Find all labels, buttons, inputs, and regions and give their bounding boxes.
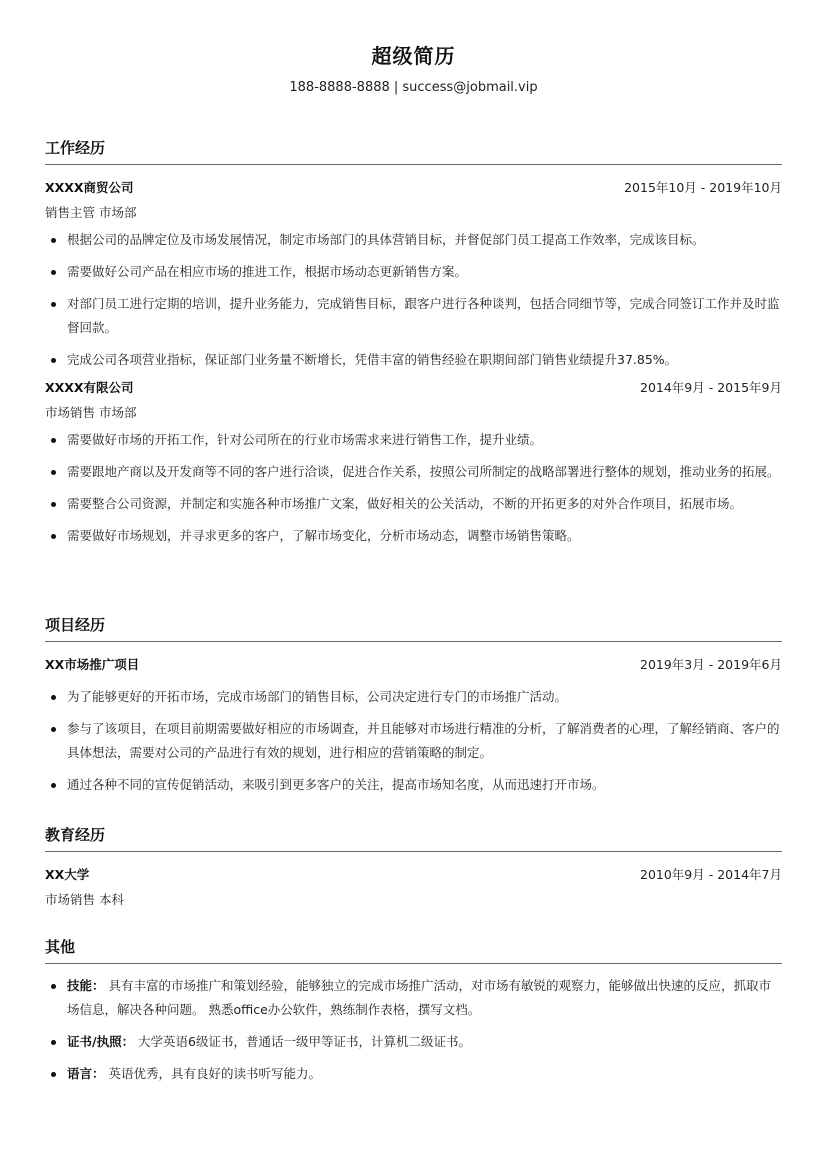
company-name: XXXX有限公司 [45, 378, 134, 396]
item-label: 语言： [67, 1066, 105, 1081]
item-text: 具有丰富的市场推广和策划经验，能够独立的完成市场推广活动，对市场有敏锐的观察力，… [67, 978, 771, 1017]
section-education: 教育经历 XX大学 2010年9月 - 2014年7月 市场销售 本科 [45, 824, 782, 911]
job-role: 市场销售 市场部 [45, 402, 782, 424]
list-item: 通过各种不同的宣传促销活动，来吸引到更多客户的关注，提高市场知名度，从而迅速打开… [45, 773, 782, 797]
section-title: 其他 [45, 936, 782, 964]
date-range: 2014年9月 - 2015年9月 [640, 378, 782, 396]
section-other: 其他 技能： 具有丰富的市场推广和策划经验，能够独立的完成市场推广活动，对市场有… [45, 936, 782, 1094]
date-range: 2019年3月 - 2019年6月 [640, 655, 782, 673]
section-title: 项目经历 [45, 614, 782, 642]
item-text: 英语优秀，具有良好的读书听写能力。 [105, 1066, 321, 1081]
languages-item: 语言： 英语优秀，具有良好的读书听写能力。 [45, 1062, 782, 1086]
list-item: 完成公司各项营业指标，保证部门业务量不断增长，凭借丰富的销售经验在职期间部门销售… [45, 348, 782, 372]
project-entry: XX市场推广项目 2019年3月 - 2019年6月 为了能够更好的开拓市场，完… [45, 653, 782, 797]
bullet-list: 需要做好市场的开拓工作，针对公司所在的行业市场需求来进行销售工作，提升业绩。 需… [45, 428, 782, 548]
resume-header: 超级简历 188-8888-8888 | success@jobmail.vip [45, 0, 782, 97]
work-entry: XXXX有限公司 2014年9月 - 2015年9月 市场销售 市场部 需要做好… [45, 376, 782, 548]
item-label: 证书/执照： [67, 1034, 134, 1049]
section-projects: 项目经历 XX市场推广项目 2019年3月 - 2019年6月 为了能够更好的开… [45, 614, 782, 805]
item-text: 大学英语6级证书，普通话一级甲等证书，计算机二级证书。 [134, 1034, 471, 1049]
resume-page: 超级简历 188-8888-8888 | success@jobmail.vip… [45, 0, 782, 97]
bullet-list: 根据公司的品牌定位及市场发展情况，制定市场部门的具体营销目标，并督促部门员工提高… [45, 228, 782, 372]
list-item: 需要跟地产商以及开发商等不同的客户进行洽谈，促进合作关系，按照公司所制定的战略部… [45, 460, 782, 484]
list-item: 需要整合公司资源，并制定和实施各种市场推广文案，做好相关的公关活动，不断的开拓更… [45, 492, 782, 516]
item-label: 技能： [67, 978, 105, 993]
resume-name: 超级简历 [45, 42, 782, 70]
list-item: 需要做好市场规划，并寻求更多的客户，了解市场变化，分析市场动态，调整市场销售策略… [45, 524, 782, 548]
list-item: 需要做好公司产品在相应市场的推进工作，根据市场动态更新销售方案。 [45, 260, 782, 284]
list-item: 根据公司的品牌定位及市场发展情况，制定市场部门的具体营销目标，并督促部门员工提高… [45, 228, 782, 252]
company-name: XXXX商贸公司 [45, 178, 134, 196]
section-title: 教育经历 [45, 824, 782, 852]
job-role: 销售主管 市场部 [45, 202, 782, 224]
date-range: 2010年9月 - 2014年7月 [640, 865, 782, 883]
work-entry: XXXX商贸公司 2015年10月 - 2019年10月 销售主管 市场部 根据… [45, 176, 782, 372]
contact-info: 188-8888-8888 | success@jobmail.vip [45, 79, 782, 97]
school-name: XX大学 [45, 865, 89, 883]
date-range: 2015年10月 - 2019年10月 [624, 178, 782, 196]
list-item: 参与了该项目，在项目前期需要做好相应的市场调查，并且能够对市场进行精准的分析，了… [45, 717, 782, 765]
list-item: 需要做好市场的开拓工作，针对公司所在的行业市场需求来进行销售工作，提升业绩。 [45, 428, 782, 452]
list-item: 为了能够更好的开拓市场，完成市场部门的销售目标，公司决定进行专门的市场推广活动。 [45, 685, 782, 709]
bullet-list: 技能： 具有丰富的市场推广和策划经验，能够独立的完成市场推广活动，对市场有敏锐的… [45, 974, 782, 1086]
certificates-item: 证书/执照： 大学英语6级证书，普通话一级甲等证书，计算机二级证书。 [45, 1030, 782, 1054]
project-name: XX市场推广项目 [45, 655, 139, 673]
education-entry: XX大学 2010年9月 - 2014年7月 市场销售 本科 [45, 863, 782, 911]
list-item: 对部门员工进行定期的培训，提升业务能力，完成销售目标，跟客户进行各种谈判，包括合… [45, 292, 782, 340]
section-work-experience: 工作经历 XXXX商贸公司 2015年10月 - 2019年10月 销售主管 市… [45, 137, 782, 556]
skills-item: 技能： 具有丰富的市场推广和策划经验，能够独立的完成市场推广活动，对市场有敏锐的… [45, 974, 782, 1022]
section-title: 工作经历 [45, 137, 782, 165]
degree-major: 市场销售 本科 [45, 889, 782, 911]
bullet-list: 为了能够更好的开拓市场，完成市场部门的销售目标，公司决定进行专门的市场推广活动。… [45, 685, 782, 797]
